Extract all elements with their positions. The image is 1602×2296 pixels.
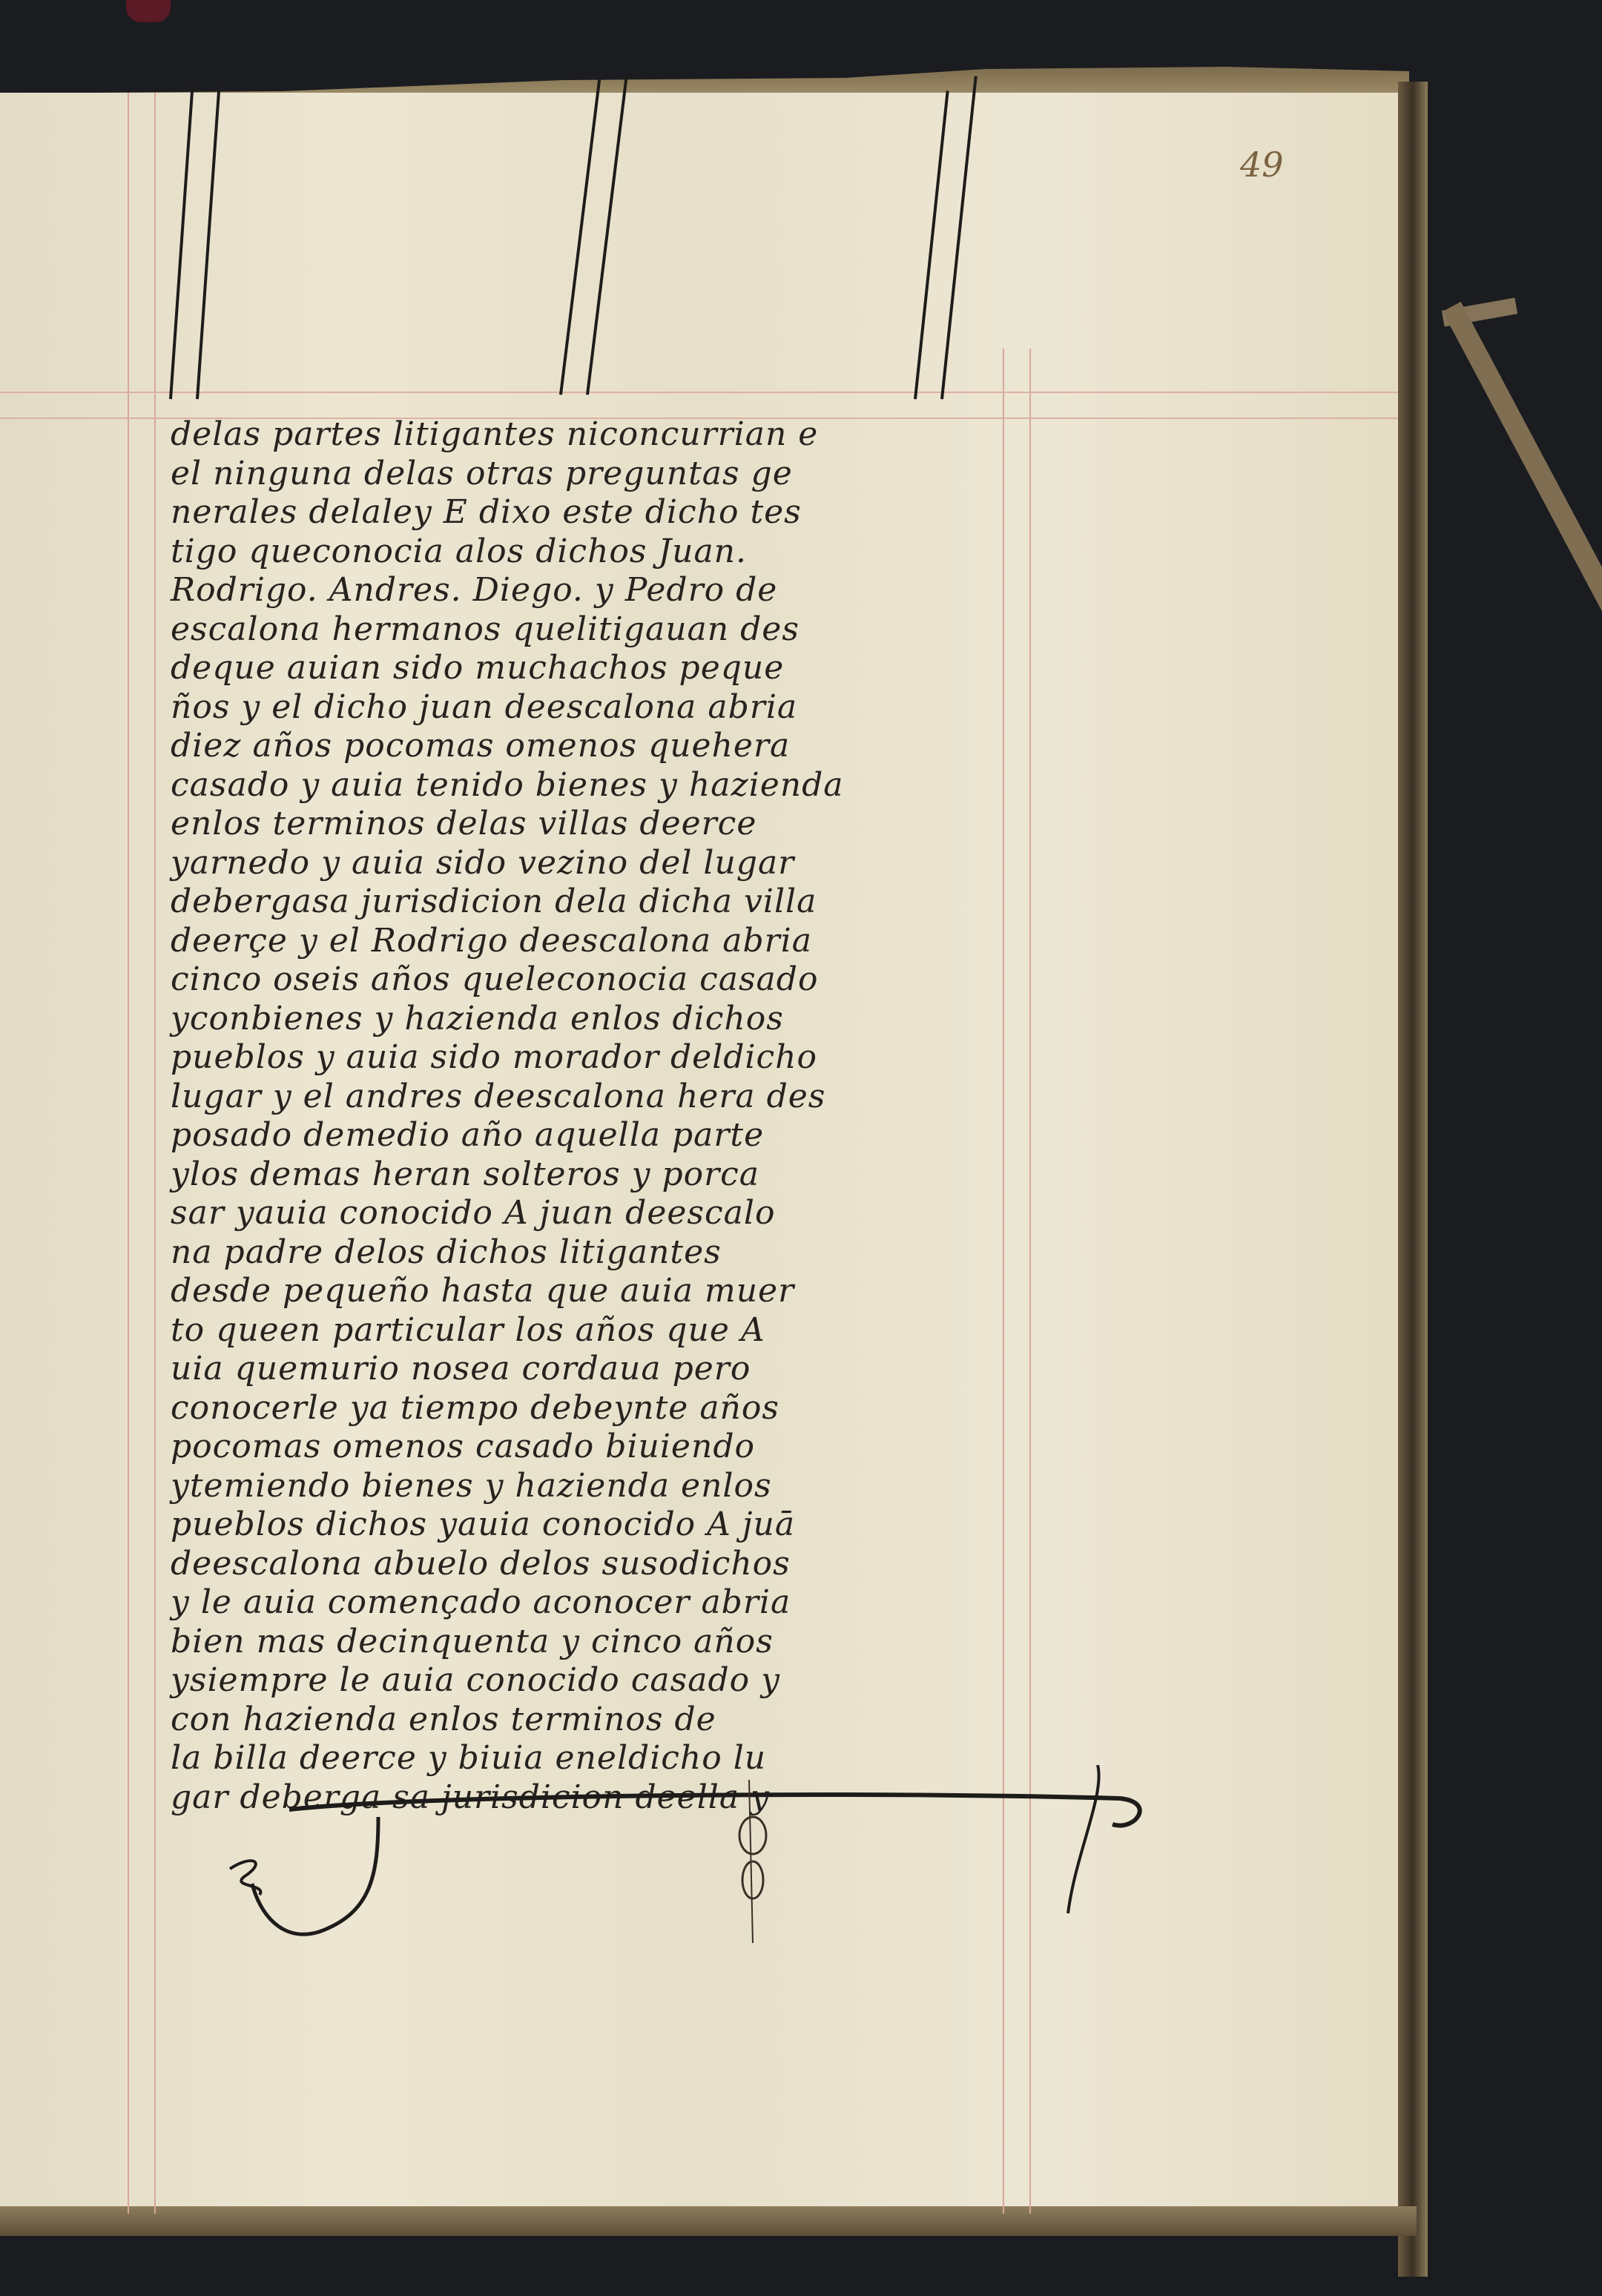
text-line: posado demedio año aquella parte <box>171 1116 1075 1155</box>
text-line: tigo queconocia alos dichos Juan. <box>171 532 1075 572</box>
folio-number: 49 <box>1240 145 1284 185</box>
text-line: diez años pocomas omenos quehera <box>171 727 1075 766</box>
text-line: nerales delaley E dixo este dicho tes <box>171 493 1075 532</box>
page-bottom-edge <box>0 2206 1417 2236</box>
text-line: ysiempre le auia conocido casado y <box>171 1661 1075 1700</box>
text-line: ylos demas heran solteros y porca <box>171 1155 1075 1195</box>
text-line: delas partes litigantes niconcurrian e <box>171 415 1075 455</box>
text-line: escalona hermanos quelitigauan des <box>171 610 1075 650</box>
text-line: conocerle ya tiempo debeynte años <box>171 1389 1075 1428</box>
header-rule-1 <box>0 392 1398 393</box>
text-line: ytemiendo bienes y hazienda enlos <box>171 1467 1075 1506</box>
text-line: con hazienda enlos terminos de <box>171 1700 1075 1740</box>
text-line: to queen particular los años que A <box>171 1311 1075 1350</box>
text-line: lugar y el andres deescalona hera des <box>171 1078 1075 1117</box>
text-line: deque auian sido muchachos peque <box>171 649 1075 688</box>
text-line: deescalona abuelo delos susodichos <box>171 1545 1075 1584</box>
manuscript-text: delas partes litigantes niconcurrian e e… <box>171 415 1075 1817</box>
text-line: el ninguna delas otras preguntas ge <box>171 455 1075 494</box>
text-line: yconbienes y hazienda enlos dichos <box>171 1000 1075 1039</box>
text-line: pueblos y auia sido morador deldicho <box>171 1038 1075 1078</box>
binding-edge <box>1398 82 1428 2277</box>
text-line: Rodrigo. Andres. Diego. y Pedro de <box>171 571 1075 610</box>
text-line: sar yauia conocido A juan deescalo <box>171 1194 1075 1233</box>
text-line: na padre delos dichos litigantes <box>171 1233 1075 1273</box>
text-line: debergasa jurisdicion dela dicha villa <box>171 883 1075 922</box>
text-line: enlos terminos delas villas deerce <box>171 805 1075 844</box>
margin-rule-left-inner <box>154 93 156 2214</box>
text-line: bien mas decinquenta y cinco años <box>171 1623 1075 1662</box>
text-line: pocomas omenos casado biuiendo <box>171 1428 1075 1467</box>
text-line: uia quemurio nosea cordaua pero <box>171 1350 1075 1389</box>
text-line: casado y auia tenido bienes y hazienda <box>171 766 1075 805</box>
text-line: cinco oseis años queleconocia casado <box>171 960 1075 1000</box>
notarial-rubric <box>200 1765 1164 1943</box>
text-line: pueblos dichos yauia conocido A juā <box>171 1505 1075 1545</box>
binding-tie-strap <box>1443 302 1602 1098</box>
text-line: y le auia començado aconocer abria <box>171 1583 1075 1623</box>
text-line: desde pequeño hasta que auia muer <box>171 1272 1075 1311</box>
text-line: yarnedo y auia sido vezino del lugar <box>171 844 1075 883</box>
text-line: deerçe y el Rodrigo deescalona abria <box>171 922 1075 961</box>
bookmark-ribbon <box>126 0 171 22</box>
margin-rule-left-outer <box>128 93 129 2214</box>
text-line: ños y el dicho juan deescalona abria <box>171 688 1075 728</box>
